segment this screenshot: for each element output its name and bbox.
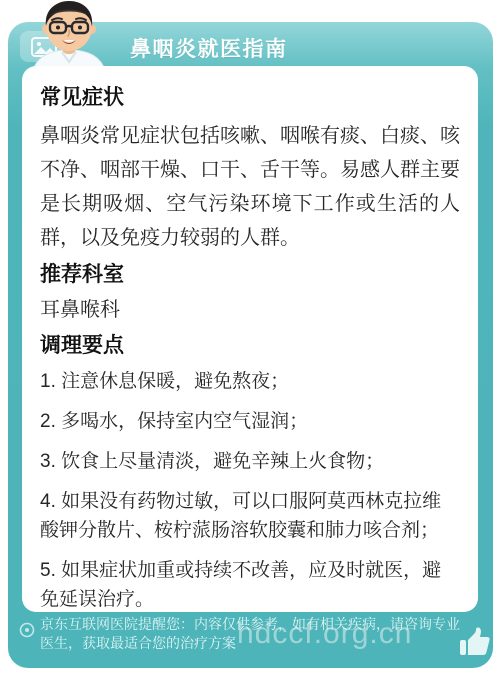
department-value: 耳鼻喉科 xyxy=(40,296,460,324)
thumbs-up-icon[interactable] xyxy=(458,625,492,659)
doctor-avatar xyxy=(26,0,112,76)
care-tip-2: 2. 多喝水，保持室内空气湿润； xyxy=(40,407,460,436)
footer: 京东互联网医院提醒您：内容仅供参考，如有相关疾病，请咨询专业医生，获取最适合您的… xyxy=(0,612,500,668)
guide-card-page: 鼻咽炎就医指南 常见症状 鼻咽炎常见症状包括咳嗽、咽喉有痰、白痰、咳不净、咽部干… xyxy=(0,0,500,673)
care-tip-3: 3. 饮食上尽量清淡，避免辛辣上火食物； xyxy=(40,447,460,476)
symptoms-paragraph: 鼻咽炎常见症状包括咳嗽、咽喉有痰、白痰、咳不净、咽部干燥、口干、舌干等。易感人群… xyxy=(40,119,460,255)
circle-target-icon xyxy=(19,622,35,638)
section-heading-department: 推荐科室 xyxy=(40,263,460,287)
section-heading-care: 调理要点 xyxy=(40,334,460,358)
care-tip-1: 1. 注意休息保暖，避免熬夜； xyxy=(40,367,460,396)
care-tip-4: 4. 如果没有药物过敏，可以口服阿莫西林克拉维酸钾分散片、桉柠蒎肠溶软胶囊和肺力… xyxy=(40,487,460,545)
content-card: 常见症状 鼻咽炎常见症状包括咳嗽、咽喉有痰、白痰、咳不净、咽部干燥、口干、舌干等… xyxy=(22,66,478,612)
page-title: 鼻咽炎就医指南 xyxy=(130,33,288,63)
care-tip-5: 5. 如果症状加重或持续不改善，应及时就医，避免延误治疗。 xyxy=(40,556,460,612)
disclaimer-text: 京东互联网医院提醒您：内容仅供参考，如有相关疾病，请咨询专业医生，获取最适合您的… xyxy=(40,615,460,653)
section-heading-symptoms: 常见症状 xyxy=(40,86,460,110)
